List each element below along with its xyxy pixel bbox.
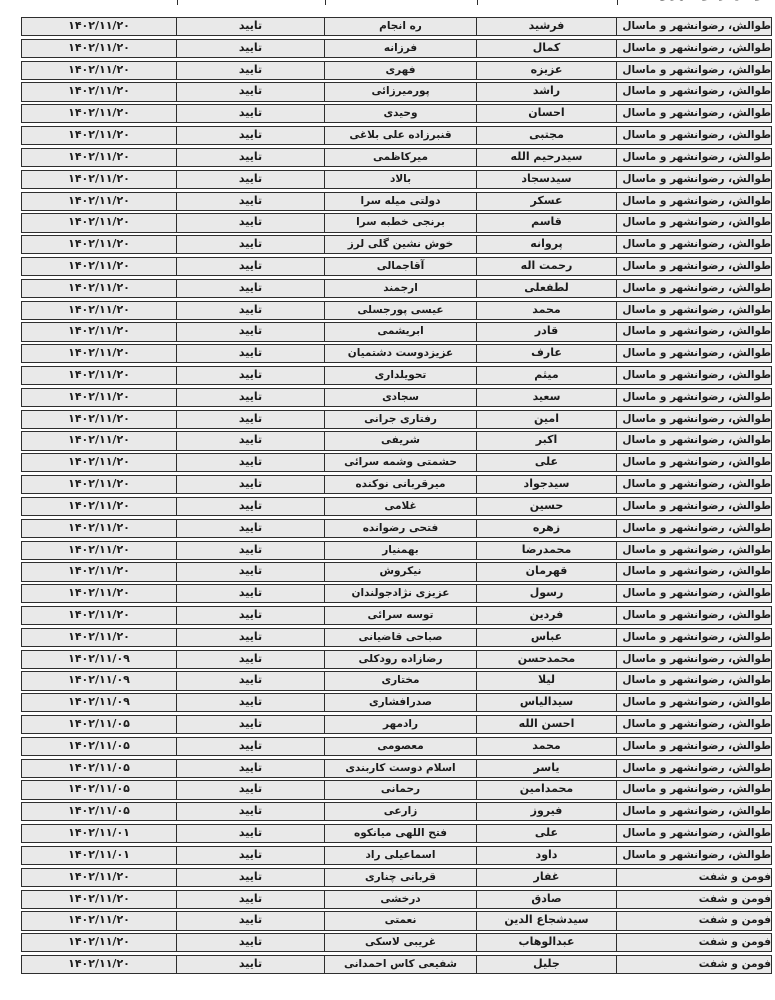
region-cell: طوالش، رضوانشهر و ماسال: [616, 542, 771, 559]
table-row: فومن و شفتجلیلشفیعی کاس احمدانیتایید۱۴۰۲…: [21, 955, 772, 974]
status-cell: تایید: [176, 563, 324, 580]
last-name-cell: اسماعیلی راد: [324, 847, 476, 864]
table-row: طوالش، رضوانشهر و ماسالمحمدحسنرضازاده رو…: [21, 650, 772, 669]
last-name-cell: اسلام دوست کاربندی: [324, 760, 476, 777]
region-cell: طوالش، رضوانشهر و ماسال: [616, 149, 771, 166]
date-cell: ۱۴۰۲/۱۱/۰۵: [22, 803, 176, 820]
table-row: طوالش، رضوانشهر و ماسالمحمدامینرحمانیتای…: [21, 780, 772, 799]
last-name-cell: رضازاده رودکلی: [324, 651, 476, 668]
first-name-cell: امین: [476, 411, 616, 428]
table-row: طوالش، رضوانشهر و ماسالرحمت الهآقاجمالیت…: [21, 257, 772, 276]
table-row: طوالش، رضوانشهر و ماسالعلیفتح اللهی میان…: [21, 824, 772, 843]
table-row: طوالش، رضوانشهر و ماسال تایید ۱۴۰۲/۱۱/۲۰: [21, 0, 772, 5]
last-name-cell: فهری: [324, 62, 476, 79]
status-cell: تایید: [176, 869, 324, 886]
region-cell: طوالش، رضوانشهر و ماسال: [616, 236, 771, 253]
region-cell: طوالش، رضوانشهر و ماسال: [616, 389, 771, 406]
table-row: طوالش، رضوانشهر و ماسالفردینتوسه سرائیتا…: [21, 606, 772, 625]
first-name-cell: محمدامین: [476, 781, 616, 798]
region-cell: طوالش، رضوانشهر و ماسال: [616, 105, 771, 122]
table-row: طوالش، رضوانشهر و ماسالسعیدسجادیتایید۱۴۰…: [21, 388, 772, 407]
region-cell: طوالش، رضوانشهر و ماسال: [616, 803, 771, 820]
date-cell: ۱۴۰۲/۱۱/۰۵: [22, 781, 176, 798]
date-cell: ۱۴۰۲/۱۱/۲۰: [22, 498, 176, 515]
last-name-cell: غریبی لاسکی: [324, 934, 476, 951]
date-cell: ۱۴۰۲/۱۱/۲۰: [22, 62, 176, 79]
region-cell: طوالش، رضوانشهر و ماسال: [616, 454, 771, 471]
table-row: طوالش، رضوانشهر و ماسالعزیزهفهریتایید۱۴۰…: [21, 61, 772, 80]
date-cell: ۱۴۰۲/۱۱/۲۰: [22, 149, 176, 166]
status-cell: تایید: [176, 40, 324, 57]
last-name-cell: شریفی: [324, 432, 476, 449]
table-row: طوالش، رضوانشهر و ماسالرسولعزیزی نژادجول…: [21, 584, 772, 603]
last-name-cell: بهمنیار: [324, 542, 476, 559]
status-cell: تایید: [176, 476, 324, 493]
date-cell: ۱۴۰۲/۱۱/۲۰: [22, 432, 176, 449]
first-name-cell: رسول: [476, 585, 616, 602]
date-cell: ۱۴۰۲/۱۱/۰۵: [22, 716, 176, 733]
region-cell: طوالش، رضوانشهر و ماسال: [616, 411, 771, 428]
results-table: طوالش، رضوانشهر و ماسالفرشیدره انجامتایی…: [21, 17, 772, 977]
first-name-cell: عسکر: [476, 193, 616, 210]
clipped-top-row: طوالش، رضوانشهر و ماسال تایید ۱۴۰۲/۱۱/۲۰: [21, 0, 772, 5]
first-name-cell: داود: [476, 847, 616, 864]
last-name-cell: سجادی: [324, 389, 476, 406]
table-row: طوالش، رضوانشهر و ماسالسیدسجادبالادتایید…: [21, 170, 772, 189]
date-cell: ۱۴۰۲/۱۱/۲۰: [22, 193, 176, 210]
last-name-cell: قنبرزاده علی بلاغی: [324, 127, 476, 144]
first-name-cell: محمدرضا: [476, 542, 616, 559]
last-name-cell: عزیزدوست دشتمیان: [324, 345, 476, 362]
region-cell: فومن و شفت: [616, 869, 771, 886]
first-name-cell: میثم: [476, 367, 616, 384]
last-name-cell: میرکاظمی: [324, 149, 476, 166]
first-name-cell: یاسر: [476, 760, 616, 777]
date-cell: ۱۴۰۲/۱۱/۲۰: [22, 585, 176, 602]
status-cell: تایید: [176, 912, 324, 929]
last-name-cell: قربانی چناری: [324, 869, 476, 886]
date-cell: ۱۴۰۲/۱۱/۲۰: [22, 302, 176, 319]
status-cell: تایید: [176, 651, 324, 668]
last-name-cell: پورمیرزائی: [324, 83, 476, 100]
status-cell: تایید: [176, 62, 324, 79]
region-cell: طوالش، رضوانشهر و ماسال: [616, 18, 771, 35]
last-name-cell: رحمانی: [324, 781, 476, 798]
first-name-cell: پروانه: [476, 236, 616, 253]
last-name-cell: تحویلداری: [324, 367, 476, 384]
first-name-cell: حسین: [476, 498, 616, 515]
status-cell: تایید: [176, 760, 324, 777]
status-cell: تایید: [176, 367, 324, 384]
region-cell: طوالش، رضوانشهر و ماسال: [616, 258, 771, 275]
region-cell: طوالش، رضوانشهر و ماسال: [616, 367, 771, 384]
region-cell: طوالش، رضوانشهر و ماسال: [616, 738, 771, 755]
last-name-cell: نیکروش: [324, 563, 476, 580]
table-row: طوالش، رضوانشهر و ماسالقهرماننیکروشتایید…: [21, 562, 772, 581]
region-cell: طوالش، رضوانشهر و ماسال: [616, 672, 771, 689]
status-cell: تایید: [176, 193, 324, 210]
first-name-cell: رحمت اله: [476, 258, 616, 275]
date-cell: ۱۴۰۲/۱۱/۰۹: [22, 672, 176, 689]
first-name-cell: سیدشجاع الدین: [476, 912, 616, 929]
status-cell: تایید: [176, 607, 324, 624]
first-name-cell: سیدسجاد: [476, 171, 616, 188]
first-name-cell: جلیل: [476, 956, 616, 973]
first-name-cell: سیدالیاس: [476, 694, 616, 711]
region-cell: فومن و شفت: [616, 891, 771, 908]
first-name-cell: فرشید: [476, 18, 616, 35]
last-name-cell: آقاجمالی: [324, 258, 476, 275]
date-cell: ۱۴۰۲/۱۱/۲۰: [22, 629, 176, 646]
region-cell: طوالش، رضوانشهر و ماسال: [616, 62, 771, 79]
first-name-cell: محمدحسن: [476, 651, 616, 668]
last-name-cell: عیسی پورجسلی: [324, 302, 476, 319]
last-name-cell: وحیدی: [324, 105, 476, 122]
status-cell: تایید: [176, 432, 324, 449]
table-row: طوالش، رضوانشهر و ماسالعارفعزیزدوست دشتم…: [21, 344, 772, 363]
table-row: طوالش، رضوانشهر و ماسالاحسن اللهرادمهرتا…: [21, 715, 772, 734]
status-cell: تایید: [176, 280, 324, 297]
status-cell: تایید: [176, 847, 324, 864]
table-row: فومن و شفتغفارقربانی چناریتایید۱۴۰۲/۱۱/۲…: [21, 868, 772, 887]
status-cell: تایید: [176, 672, 324, 689]
region-cell: طوالش، رضوانشهر و ماسال: [616, 83, 771, 100]
status-cell: تایید: [176, 105, 324, 122]
table-row: طوالش، رضوانشهر و ماسالعلیحشمتی وشمه سرا…: [21, 453, 772, 472]
first-name-cell: لطفعلی: [476, 280, 616, 297]
date-cell: ۱۴۰۲/۱۱/۲۰: [22, 934, 176, 951]
region-cell: طوالش، رضوانشهر و ماسال: [616, 193, 771, 210]
last-name-cell: [325, 0, 477, 5]
first-name-cell: اکبر: [476, 432, 616, 449]
date-cell: ۱۴۰۲/۱۱/۲۰: [22, 454, 176, 471]
status-cell: تایید: [176, 454, 324, 471]
region-cell: طوالش، رضوانشهر و ماسال: [617, 0, 772, 5]
date-cell: ۱۴۰۲/۱۱/۲۰: [22, 869, 176, 886]
region-cell: طوالش، رضوانشهر و ماسال: [616, 40, 771, 57]
date-cell: ۱۴۰۲/۱۱/۲۰: [22, 520, 176, 537]
date-cell: ۱۴۰۲/۱۱/۲۰: [22, 127, 176, 144]
first-name-cell: عباس: [476, 629, 616, 646]
date-cell: ۱۴۰۲/۱۱/۲۰: [22, 236, 176, 253]
region-cell: طوالش، رضوانشهر و ماسال: [616, 651, 771, 668]
region-cell: طوالش، رضوانشهر و ماسال: [616, 563, 771, 580]
region-cell: طوالش، رضوانشهر و ماسال: [616, 694, 771, 711]
first-name-cell: سیدرحیم الله: [476, 149, 616, 166]
last-name-cell: میرقربانی نوکنده: [324, 476, 476, 493]
date-cell: ۱۴۰۲/۱۱/۲۰: [21, 0, 177, 5]
last-name-cell: فتحی رضوانده: [324, 520, 476, 537]
status-cell: تایید: [176, 585, 324, 602]
date-cell: ۱۴۰۲/۱۱/۲۰: [22, 389, 176, 406]
region-cell: طوالش، رضوانشهر و ماسال: [616, 432, 771, 449]
table-row: فومن و شفتصادقدرخشیتایید۱۴۰۲/۱۱/۲۰: [21, 890, 772, 909]
region-cell: طوالش، رضوانشهر و ماسال: [616, 476, 771, 493]
last-name-cell: معصومی: [324, 738, 476, 755]
first-name-cell: فردین: [476, 607, 616, 624]
last-name-cell: رادمهر: [324, 716, 476, 733]
table-row: طوالش، رضوانشهر و ماسالعباسصباحی قاضیانی…: [21, 628, 772, 647]
date-cell: ۱۴۰۲/۱۱/۲۰: [22, 258, 176, 275]
first-name-cell: غفار: [476, 869, 616, 886]
date-cell: ۱۴۰۲/۱۱/۰۱: [22, 825, 176, 842]
status-cell: تایید: [176, 781, 324, 798]
first-name-cell: قاسم: [476, 214, 616, 231]
region-cell: فومن و شفت: [616, 912, 771, 929]
table-row: طوالش، رضوانشهر و ماسالداوداسماعیلی رادت…: [21, 846, 772, 865]
table-row: طوالش، رضوانشهر و ماسالزهرهفتحی رضواندهت…: [21, 519, 772, 538]
status-cell: تایید: [176, 345, 324, 362]
last-name-cell: درخشی: [324, 891, 476, 908]
last-name-cell: غلامی: [324, 498, 476, 515]
date-cell: ۱۴۰۲/۱۱/۲۰: [22, 40, 176, 57]
region-cell: طوالش، رضوانشهر و ماسال: [616, 323, 771, 340]
region-cell: طوالش، رضوانشهر و ماسال: [616, 825, 771, 842]
status-cell: تایید: [176, 934, 324, 951]
first-name-cell: عبدالوهاب: [476, 934, 616, 951]
region-cell: طوالش، رضوانشهر و ماسال: [616, 629, 771, 646]
first-name-cell: علی: [476, 454, 616, 471]
table-row: طوالش، رضوانشهر و ماساللیلامختاریتایید۱۴…: [21, 671, 772, 690]
status-cell: تایید: [176, 803, 324, 820]
last-name-cell: صدرافشاری: [324, 694, 476, 711]
first-name-cell: [477, 0, 617, 5]
last-name-cell: فتح اللهی میانکوه: [324, 825, 476, 842]
region-cell: طوالش، رضوانشهر و ماسال: [616, 520, 771, 537]
last-name-cell: دولتی میله سرا: [324, 193, 476, 210]
region-cell: طوالش، رضوانشهر و ماسال: [616, 171, 771, 188]
status-cell: تایید: [176, 389, 324, 406]
status-cell: تایید: [176, 542, 324, 559]
last-name-cell: توسه سرائی: [324, 607, 476, 624]
region-cell: فومن و شفت: [616, 934, 771, 951]
date-cell: ۱۴۰۲/۱۱/۲۰: [22, 171, 176, 188]
date-cell: ۱۴۰۲/۱۱/۲۰: [22, 105, 176, 122]
last-name-cell: رفتاری جرانی: [324, 411, 476, 428]
last-name-cell: ابریشمی: [324, 323, 476, 340]
table-row: طوالش، رضوانشهر و ماسالراشدپورمیرزائیتای…: [21, 82, 772, 101]
status-cell: تایید: [176, 825, 324, 842]
region-cell: طوالش، رضوانشهر و ماسال: [616, 781, 771, 798]
table-row: طوالش، رضوانشهر و ماسالمحمدمعصومیتایید۱۴…: [21, 737, 772, 756]
status-cell: تایید: [176, 956, 324, 973]
first-name-cell: راشد: [476, 83, 616, 100]
table-row: طوالش، رضوانشهر و ماسالاحسانوحیدیتایید۱۴…: [21, 104, 772, 123]
table-row: طوالش، رضوانشهر و ماسالامینرفتاری جرانیت…: [21, 410, 772, 429]
table-row: طوالش، رضوانشهر و ماسالاکبرشریفیتایید۱۴۰…: [21, 431, 772, 450]
region-cell: طوالش، رضوانشهر و ماسال: [616, 345, 771, 362]
first-name-cell: سعید: [476, 389, 616, 406]
region-cell: طوالش، رضوانشهر و ماسال: [616, 280, 771, 297]
document-page: طوالش، رضوانشهر و ماسال تایید ۱۴۰۲/۱۱/۲۰…: [0, 0, 775, 1000]
first-name-cell: زهره: [476, 520, 616, 537]
last-name-cell: خوش نشین گلی لرز: [324, 236, 476, 253]
table-row: طوالش، رضوانشهر و ماسالسیدجوادمیرقربانی …: [21, 475, 772, 494]
region-cell: طوالش، رضوانشهر و ماسال: [616, 498, 771, 515]
status-cell: تایید: [176, 694, 324, 711]
date-cell: ۱۴۰۲/۱۱/۲۰: [22, 912, 176, 929]
first-name-cell: علی: [476, 825, 616, 842]
region-cell: طوالش، رضوانشهر و ماسال: [616, 585, 771, 602]
table-row: طوالش، رضوانشهر و ماسالپروانهخوش نشین گل…: [21, 235, 772, 254]
date-cell: ۱۴۰۲/۱۱/۰۱: [22, 847, 176, 864]
status-cell: تایید: [176, 127, 324, 144]
date-cell: ۱۴۰۲/۱۱/۰۵: [22, 738, 176, 755]
table-row: طوالش، رضوانشهر و ماسالسیدالیاسصدرافشاری…: [21, 693, 772, 712]
last-name-cell: برنجی خطبه سرا: [324, 214, 476, 231]
region-cell: طوالش، رضوانشهر و ماسال: [616, 127, 771, 144]
last-name-cell: زارعی: [324, 803, 476, 820]
region-cell: طوالش، رضوانشهر و ماسال: [616, 716, 771, 733]
date-cell: ۱۴۰۲/۱۱/۰۹: [22, 694, 176, 711]
first-name-cell: صادق: [476, 891, 616, 908]
table-row: طوالش، رضوانشهر و ماساللطفعلیارجمندتایید…: [21, 279, 772, 298]
date-cell: ۱۴۰۲/۱۱/۰۹: [22, 651, 176, 668]
first-name-cell: قادر: [476, 323, 616, 340]
status-cell: تایید: [176, 258, 324, 275]
table-row: طوالش، رضوانشهر و ماسالقادرابریشمیتایید۱…: [21, 322, 772, 341]
last-name-cell: عزیزی نژادجولندان: [324, 585, 476, 602]
last-name-cell: بالاد: [324, 171, 476, 188]
last-name-cell: شفیعی کاس احمدانی: [324, 956, 476, 973]
region-cell: فومن و شفت: [616, 956, 771, 973]
last-name-cell: نعمتی: [324, 912, 476, 929]
first-name-cell: لیلا: [476, 672, 616, 689]
status-cell: تایید: [176, 236, 324, 253]
status-cell: تایید: [177, 0, 325, 5]
first-name-cell: احسن الله: [476, 716, 616, 733]
first-name-cell: احسان: [476, 105, 616, 122]
region-cell: طوالش، رضوانشهر و ماسال: [616, 214, 771, 231]
status-cell: تایید: [176, 18, 324, 35]
status-cell: تایید: [176, 83, 324, 100]
table-row: فومن و شفتعبدالوهابغریبی لاسکیتایید۱۴۰۲/…: [21, 933, 772, 952]
first-name-cell: عارف: [476, 345, 616, 362]
table-row: طوالش، رضوانشهر و ماسالمیثمتحویلداریتایی…: [21, 366, 772, 385]
date-cell: ۱۴۰۲/۱۱/۲۰: [22, 345, 176, 362]
status-cell: تایید: [176, 738, 324, 755]
table-row: طوالش، رضوانشهر و ماسالفرشیدره انجامتایی…: [21, 17, 772, 36]
date-cell: ۱۴۰۲/۱۱/۲۰: [22, 214, 176, 231]
first-name-cell: عزیزه: [476, 62, 616, 79]
date-cell: ۱۴۰۲/۱۱/۲۰: [22, 280, 176, 297]
date-cell: ۱۴۰۲/۱۱/۲۰: [22, 607, 176, 624]
first-name-cell: سیدجواد: [476, 476, 616, 493]
first-name-cell: مجتبی: [476, 127, 616, 144]
table-row: فومن و شفتسیدشجاع الدیننعمتیتایید۱۴۰۲/۱۱…: [21, 911, 772, 930]
status-cell: تایید: [176, 629, 324, 646]
status-cell: تایید: [176, 149, 324, 166]
date-cell: ۱۴۰۲/۱۱/۲۰: [22, 83, 176, 100]
date-cell: ۱۴۰۲/۱۱/۲۰: [22, 476, 176, 493]
status-cell: تایید: [176, 411, 324, 428]
table-row: طوالش، رضوانشهر و ماسالسیدرحیم اللهمیرکا…: [21, 148, 772, 167]
table-row: طوالش، رضوانشهر و ماسالحسینغلامیتایید۱۴۰…: [21, 497, 772, 516]
date-cell: ۱۴۰۲/۱۱/۲۰: [22, 367, 176, 384]
last-name-cell: ارجمند: [324, 280, 476, 297]
date-cell: ۱۴۰۲/۱۱/۲۰: [22, 542, 176, 559]
date-cell: ۱۴۰۲/۱۱/۲۰: [22, 563, 176, 580]
date-cell: ۱۴۰۲/۱۱/۲۰: [22, 411, 176, 428]
table-row: طوالش، رضوانشهر و ماسالیاسراسلام دوست کا…: [21, 759, 772, 778]
last-name-cell: فرزانه: [324, 40, 476, 57]
status-cell: تایید: [176, 214, 324, 231]
status-cell: تایید: [176, 498, 324, 515]
date-cell: ۱۴۰۲/۱۱/۲۰: [22, 323, 176, 340]
region-cell: طوالش، رضوانشهر و ماسال: [616, 760, 771, 777]
date-cell: ۱۴۰۲/۱۱/۲۰: [22, 18, 176, 35]
region-cell: طوالش، رضوانشهر و ماسال: [616, 607, 771, 624]
status-cell: تایید: [176, 171, 324, 188]
first-name-cell: محمد: [476, 302, 616, 319]
table-row: طوالش، رضوانشهر و ماسالقاسمبرنجی خطبه سر…: [21, 213, 772, 232]
region-cell: طوالش، رضوانشهر و ماسال: [616, 302, 771, 319]
table-row: طوالش، رضوانشهر و ماسالکمالفرزانهتایید۱۴…: [21, 39, 772, 58]
table-row: طوالش، رضوانشهر و ماسالمجتبیقنبرزاده علی…: [21, 126, 772, 145]
date-cell: ۱۴۰۲/۱۱/۲۰: [22, 956, 176, 973]
last-name-cell: ره انجام: [324, 18, 476, 35]
last-name-cell: صباحی قاضیانی: [324, 629, 476, 646]
first-name-cell: قهرمان: [476, 563, 616, 580]
date-cell: ۱۴۰۲/۱۱/۰۵: [22, 760, 176, 777]
status-cell: تایید: [176, 891, 324, 908]
table-row: طوالش، رضوانشهر و ماسالمحمدرضابهمنیارتای…: [21, 541, 772, 560]
first-name-cell: کمال: [476, 40, 616, 57]
date-cell: ۱۴۰۲/۱۱/۲۰: [22, 891, 176, 908]
status-cell: تایید: [176, 520, 324, 537]
last-name-cell: حشمتی وشمه سرائی: [324, 454, 476, 471]
status-cell: تایید: [176, 716, 324, 733]
table-row: طوالش، رضوانشهر و ماسالمحمدعیسی پورجسلیت…: [21, 301, 772, 320]
first-name-cell: محمد: [476, 738, 616, 755]
region-cell: طوالش، رضوانشهر و ماسال: [616, 847, 771, 864]
table-row: طوالش، رضوانشهر و ماسالفیروززارعیتایید۱۴…: [21, 802, 772, 821]
first-name-cell: فیروز: [476, 803, 616, 820]
status-cell: تایید: [176, 302, 324, 319]
status-cell: تایید: [176, 323, 324, 340]
table-row: طوالش، رضوانشهر و ماسالعسکردولتی میله سر…: [21, 192, 772, 211]
last-name-cell: مختاری: [324, 672, 476, 689]
